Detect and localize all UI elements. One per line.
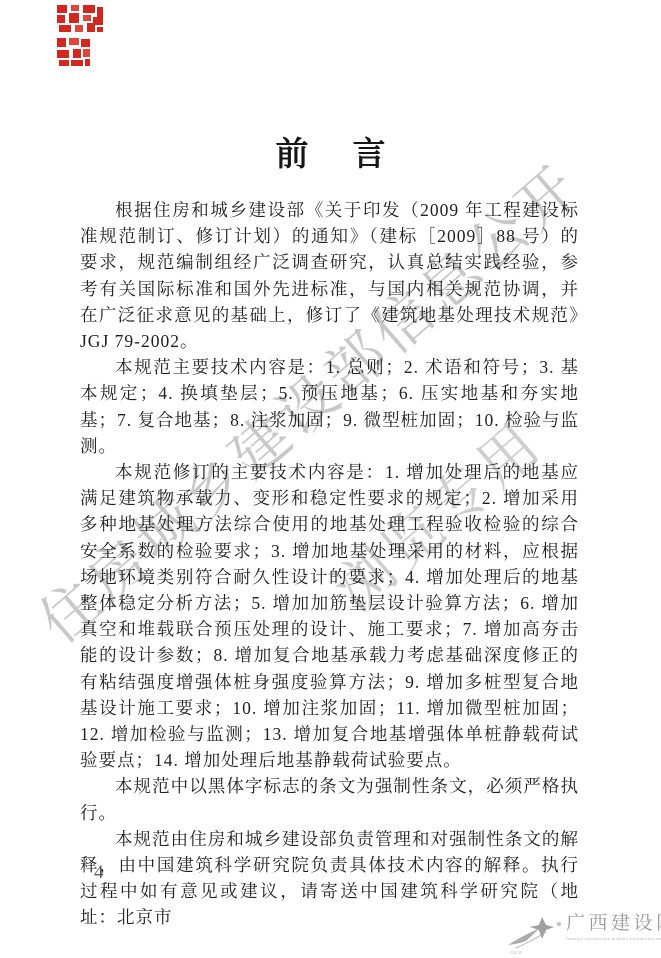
red-seal-stamp [57, 5, 105, 67]
footer-logo-name: 广西建设网 [566, 913, 661, 935]
footer-logo-text: 广西建设网 Guangxi construction industry info… [566, 913, 661, 941]
footer-logo: GXCIC 广西建设网 Guangxi construction industr… [506, 913, 661, 955]
logo-icon-subtext: GXCIC [510, 950, 523, 955]
page-title: 前言 [0, 128, 661, 175]
paragraph-administration: 本规范由住房和城乡建设部负责管理和对强制性条文的解释，由中国建筑科学研究院负责具… [80, 826, 579, 931]
page-number: 4 [94, 862, 104, 884]
paragraph-mandatory-clauses: 本规范中以黑体字标志的条文为强制性条文，必须严格执行。 [80, 773, 579, 825]
title-word-1: 前 [276, 137, 309, 173]
paragraph-basis: 根据住房和城乡建设部《关于印发（2009 年工程建设标准规范制订、修订计划）的通… [80, 197, 579, 354]
red-seal-stamp-graphic [57, 5, 105, 67]
title-word-2: 言 [353, 137, 386, 173]
paragraph-main-contents: 本规范主要技术内容是：1. 总则；2. 术语和符号；3. 基本规定；4. 换填垫… [80, 354, 579, 459]
document-page: 住房城乡建设部信息公开 浏览专用 前言 根据住房和城乡建设部《关于印发（2009… [0, 0, 661, 958]
paragraph-revision-contents: 本规范修订的主要技术内容是：1. 增加处理后的地基应满足建筑物承载力、变形和稳定… [80, 459, 579, 773]
footer-logo-tagline: Guangxi construction industry informatio… [566, 936, 661, 941]
body-text: 根据住房和城乡建设部《关于印发（2009 年工程建设标准规范制订、修订计划）的通… [80, 197, 579, 931]
star-swoosh-icon: GXCIC [506, 915, 562, 955]
